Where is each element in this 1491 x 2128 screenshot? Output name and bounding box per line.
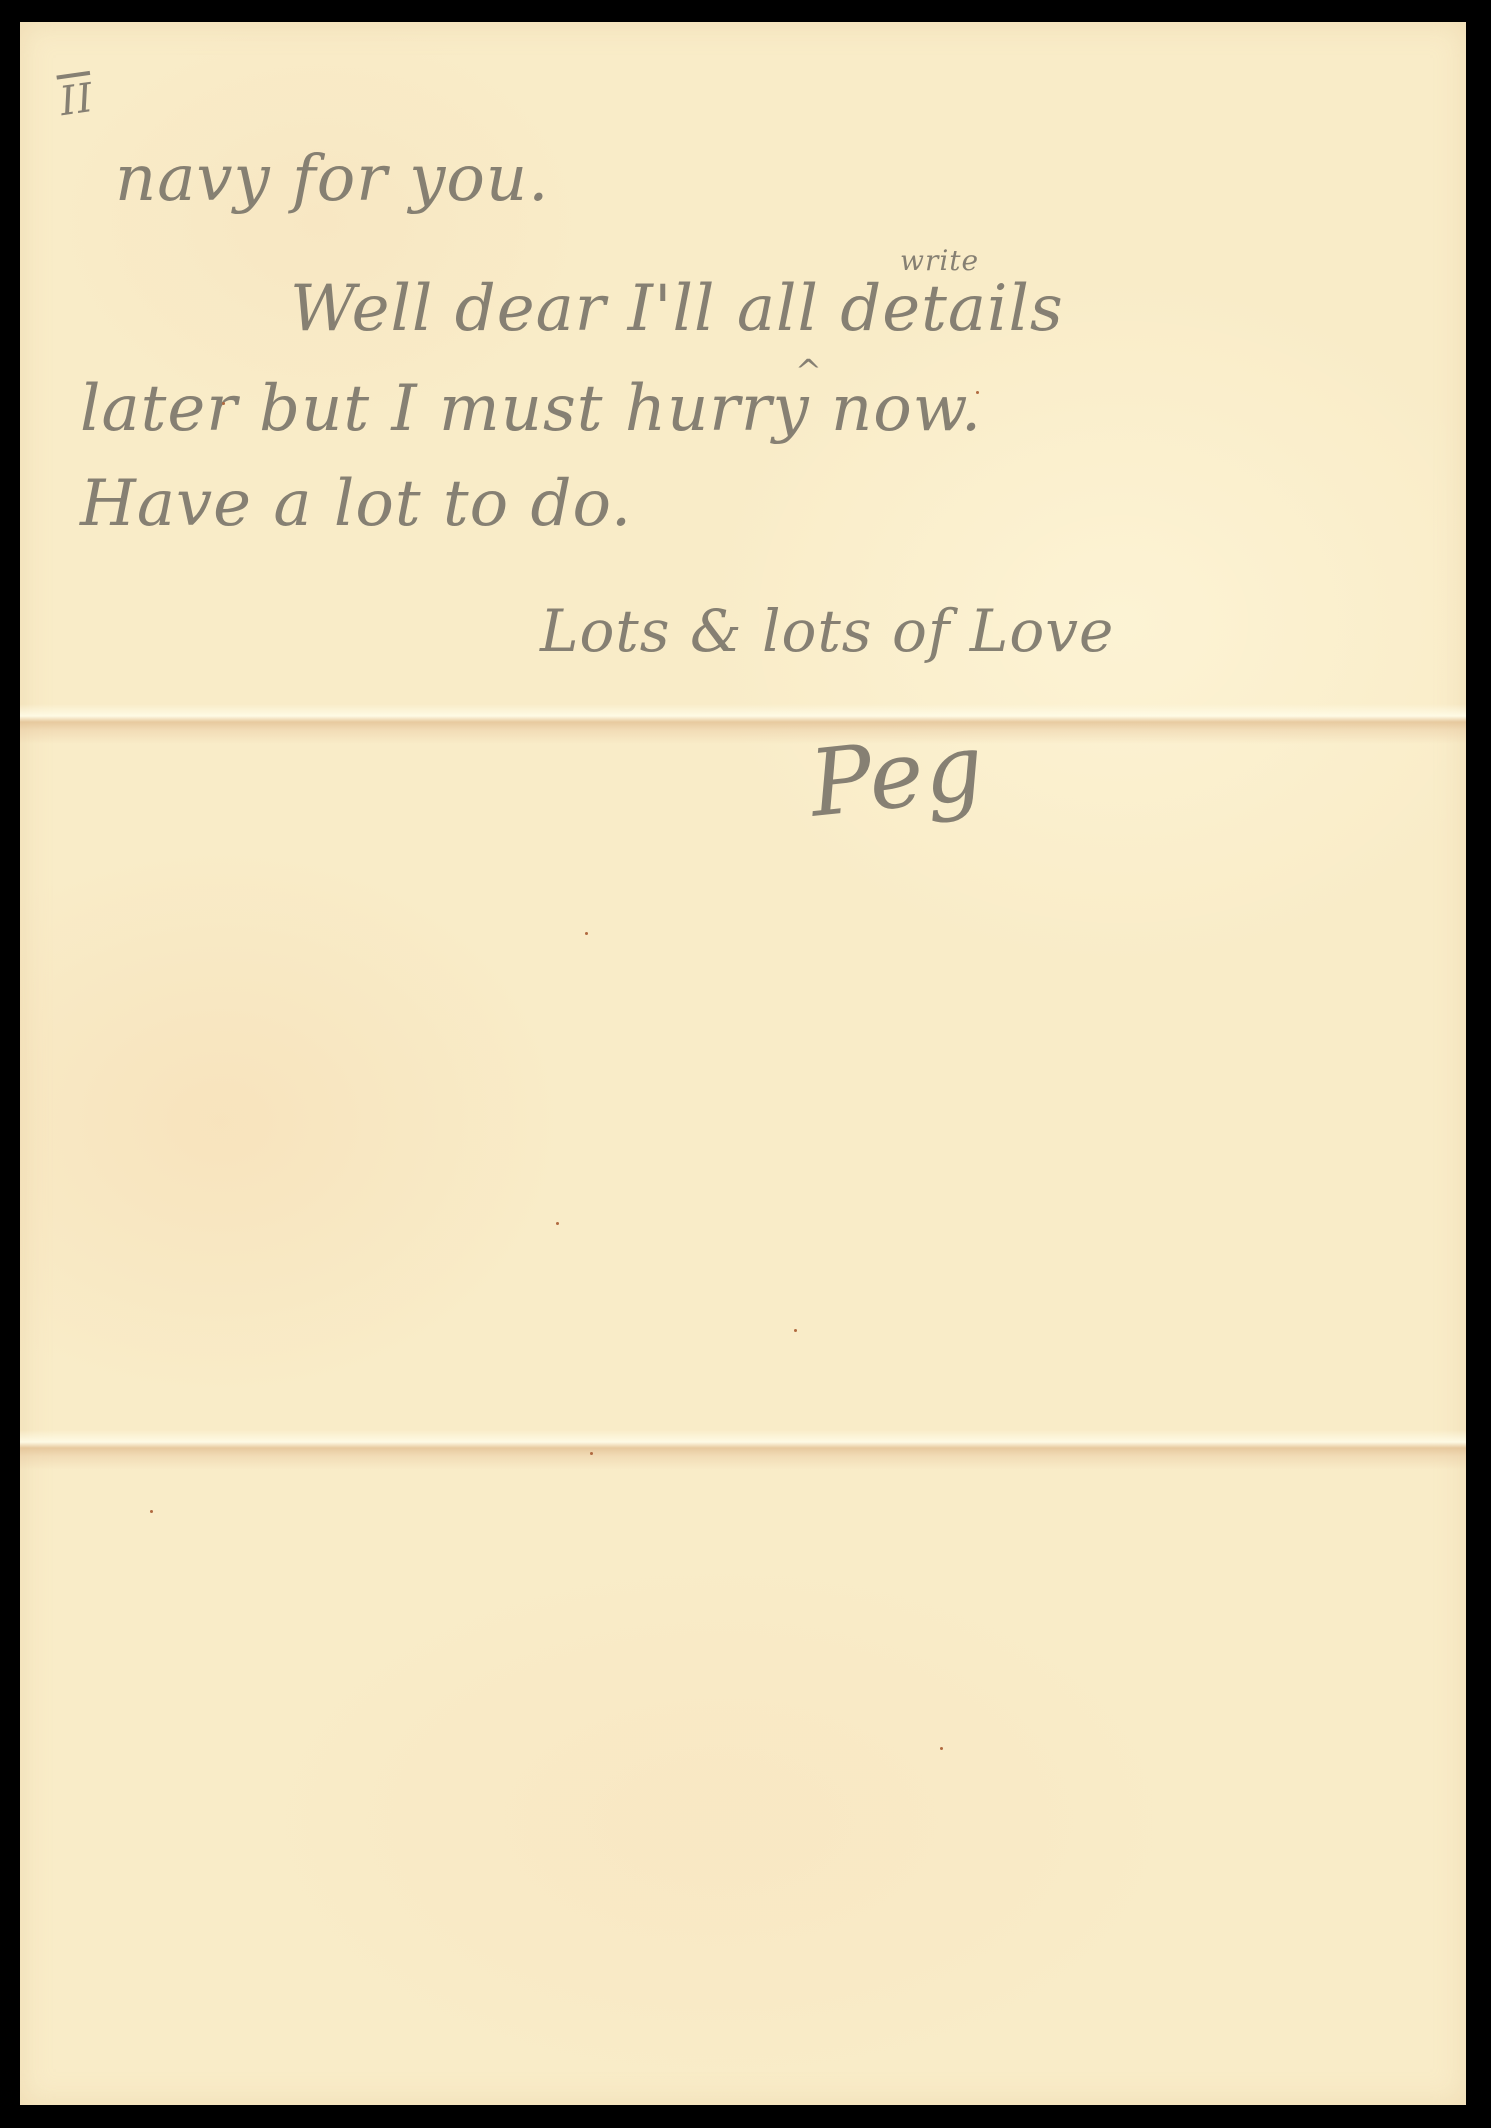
paper-speck [150, 1510, 153, 1513]
paper-speck [222, 402, 225, 405]
letter-line-2: Well dear I'll all details [290, 272, 1064, 346]
letter-line-1: navy for you. [115, 142, 549, 216]
paper-speck [794, 1329, 797, 1332]
fold-crease-upper [20, 704, 1466, 744]
paper-speck [590, 1452, 593, 1455]
paper-speck [940, 1747, 943, 1750]
paper-speck [976, 391, 979, 394]
letter-line-3: later but I must hurry now. [80, 372, 982, 446]
fold-crease-lower [20, 1430, 1466, 1470]
letter-line-4: Have a lot to do. [80, 467, 632, 541]
signature: Peg [805, 713, 989, 838]
letter-closing: Lots & lots of Love [540, 597, 1114, 665]
paper-speck [585, 932, 588, 935]
letter-page: II navy for you. write Well dear I'll al… [20, 22, 1466, 2105]
page-marker: II [57, 75, 97, 125]
paper-speck [556, 1222, 559, 1225]
